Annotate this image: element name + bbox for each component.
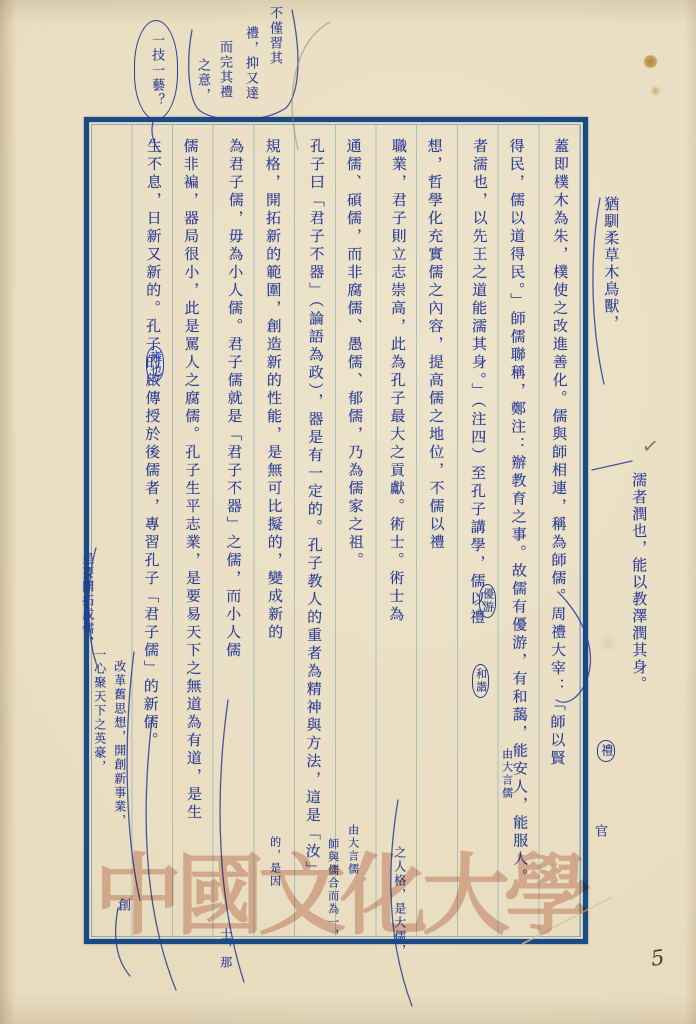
top-note-col-1: 不僅習其: [266, 6, 281, 66]
text-column-9: 為君子儒，毋為小人儒。君子儒就是「君子不器」之儒，而小人儒: [210, 138, 256, 934]
text-column-11: 生不息，日新又新的。孔子的啟傳授於後儒者，專習孔子「君子儒」的新儒。: [129, 138, 175, 934]
circled-insert-yongye: 雍也: [146, 346, 164, 382]
paper-stain: [597, 634, 619, 652]
top-left-balloon-text: 一技一藝？: [149, 33, 163, 108]
left-margin-note-a: 是要開拓成儒，: [80, 552, 94, 650]
insert-dayan: 由大言儒: [500, 748, 513, 800]
text-column-4: 想，哲學化充實儒之內容，提高儒之地位，不儒以禮: [414, 138, 459, 934]
right-margin-note-lower: 濡者潤也，能以教澤潤其身。: [630, 472, 647, 812]
text-column-7: 孔子曰「君子不器」（論語為政），器是有一定的。孔子教人的重者為精神與方法，這是「…: [292, 138, 338, 934]
top-note-col-2: 禮，抑又達: [242, 26, 257, 101]
circled-insert-youyou: 優游: [479, 584, 496, 618]
paper-stain: [650, 86, 661, 96]
top-left-balloon: 一技一藝？: [134, 20, 178, 120]
text-column-1: 蓋即樸木為朱，樸使之改進善化。儒與師相連，稱為師儒。周禮大宰：「師以賢: [536, 138, 582, 934]
text-columns: 蓋即樸木為朱，樸使之改進善化。儒與師相連，稱為師儒。周禮大宰：「師以賢 得民，儒…: [93, 126, 579, 935]
top-note-col-3: 而完其禮: [216, 40, 231, 100]
left-margin-note-c: 改革舊思想，開創新事業，: [112, 660, 126, 828]
left-margin-note-b: 一心聚天下之英豪，: [92, 648, 106, 774]
manuscript-frame: 蓋即樸木為朱，樸使之改進善化。儒與師相連，稱為師儒。周禮大宰：「師以賢 得民，儒…: [84, 117, 588, 944]
paper-stain: [643, 55, 658, 68]
text-column-8: 規格，開拓新的範圍，創造新的性能，是無可比擬的，變成新的: [251, 138, 296, 934]
page-number: 5: [649, 945, 666, 971]
text-column-5: 職業，君子則立志崇高，此為孔子最大之貢獻。術士。術士為: [373, 138, 419, 934]
insert-char-li: 禮: [597, 740, 615, 762]
text-column-3: 者濡也，以先王之道能濡其身。」（注四）至孔子講學，儒以禮: [455, 138, 501, 934]
manuscript-page-scan: 蓋即樸木為朱，樸使之改進善化。儒與師相連，稱為師儒。周禮大宰：「師以賢 得民，儒…: [0, 0, 696, 1024]
text-column-10: 儒非褊，器局很小，此是罵人之腐儒。孔子生平志業，是要易天下之無道為有道，是生: [170, 138, 215, 934]
right-margin-note-top: 猶馴柔草木鳥獸，: [602, 196, 619, 332]
circled-insert-hexie: 和諧: [472, 664, 489, 698]
text-column-2: 得民，儒以道得民。」師儒聯稱，鄭注：辦教育之事。故儒有優游，有和藹，能安人，能服…: [496, 138, 541, 934]
university-watermark: 中國文化大學: [94, 826, 600, 952]
top-note-col-4: 之意，: [194, 58, 209, 103]
right-note-connector: [592, 461, 632, 470]
text-column-6: 通儒、碩儒，而非腐儒、愚儒、郁儒，乃為儒家之祖。: [333, 138, 378, 934]
pencil-check-mark: ✓: [640, 433, 660, 459]
